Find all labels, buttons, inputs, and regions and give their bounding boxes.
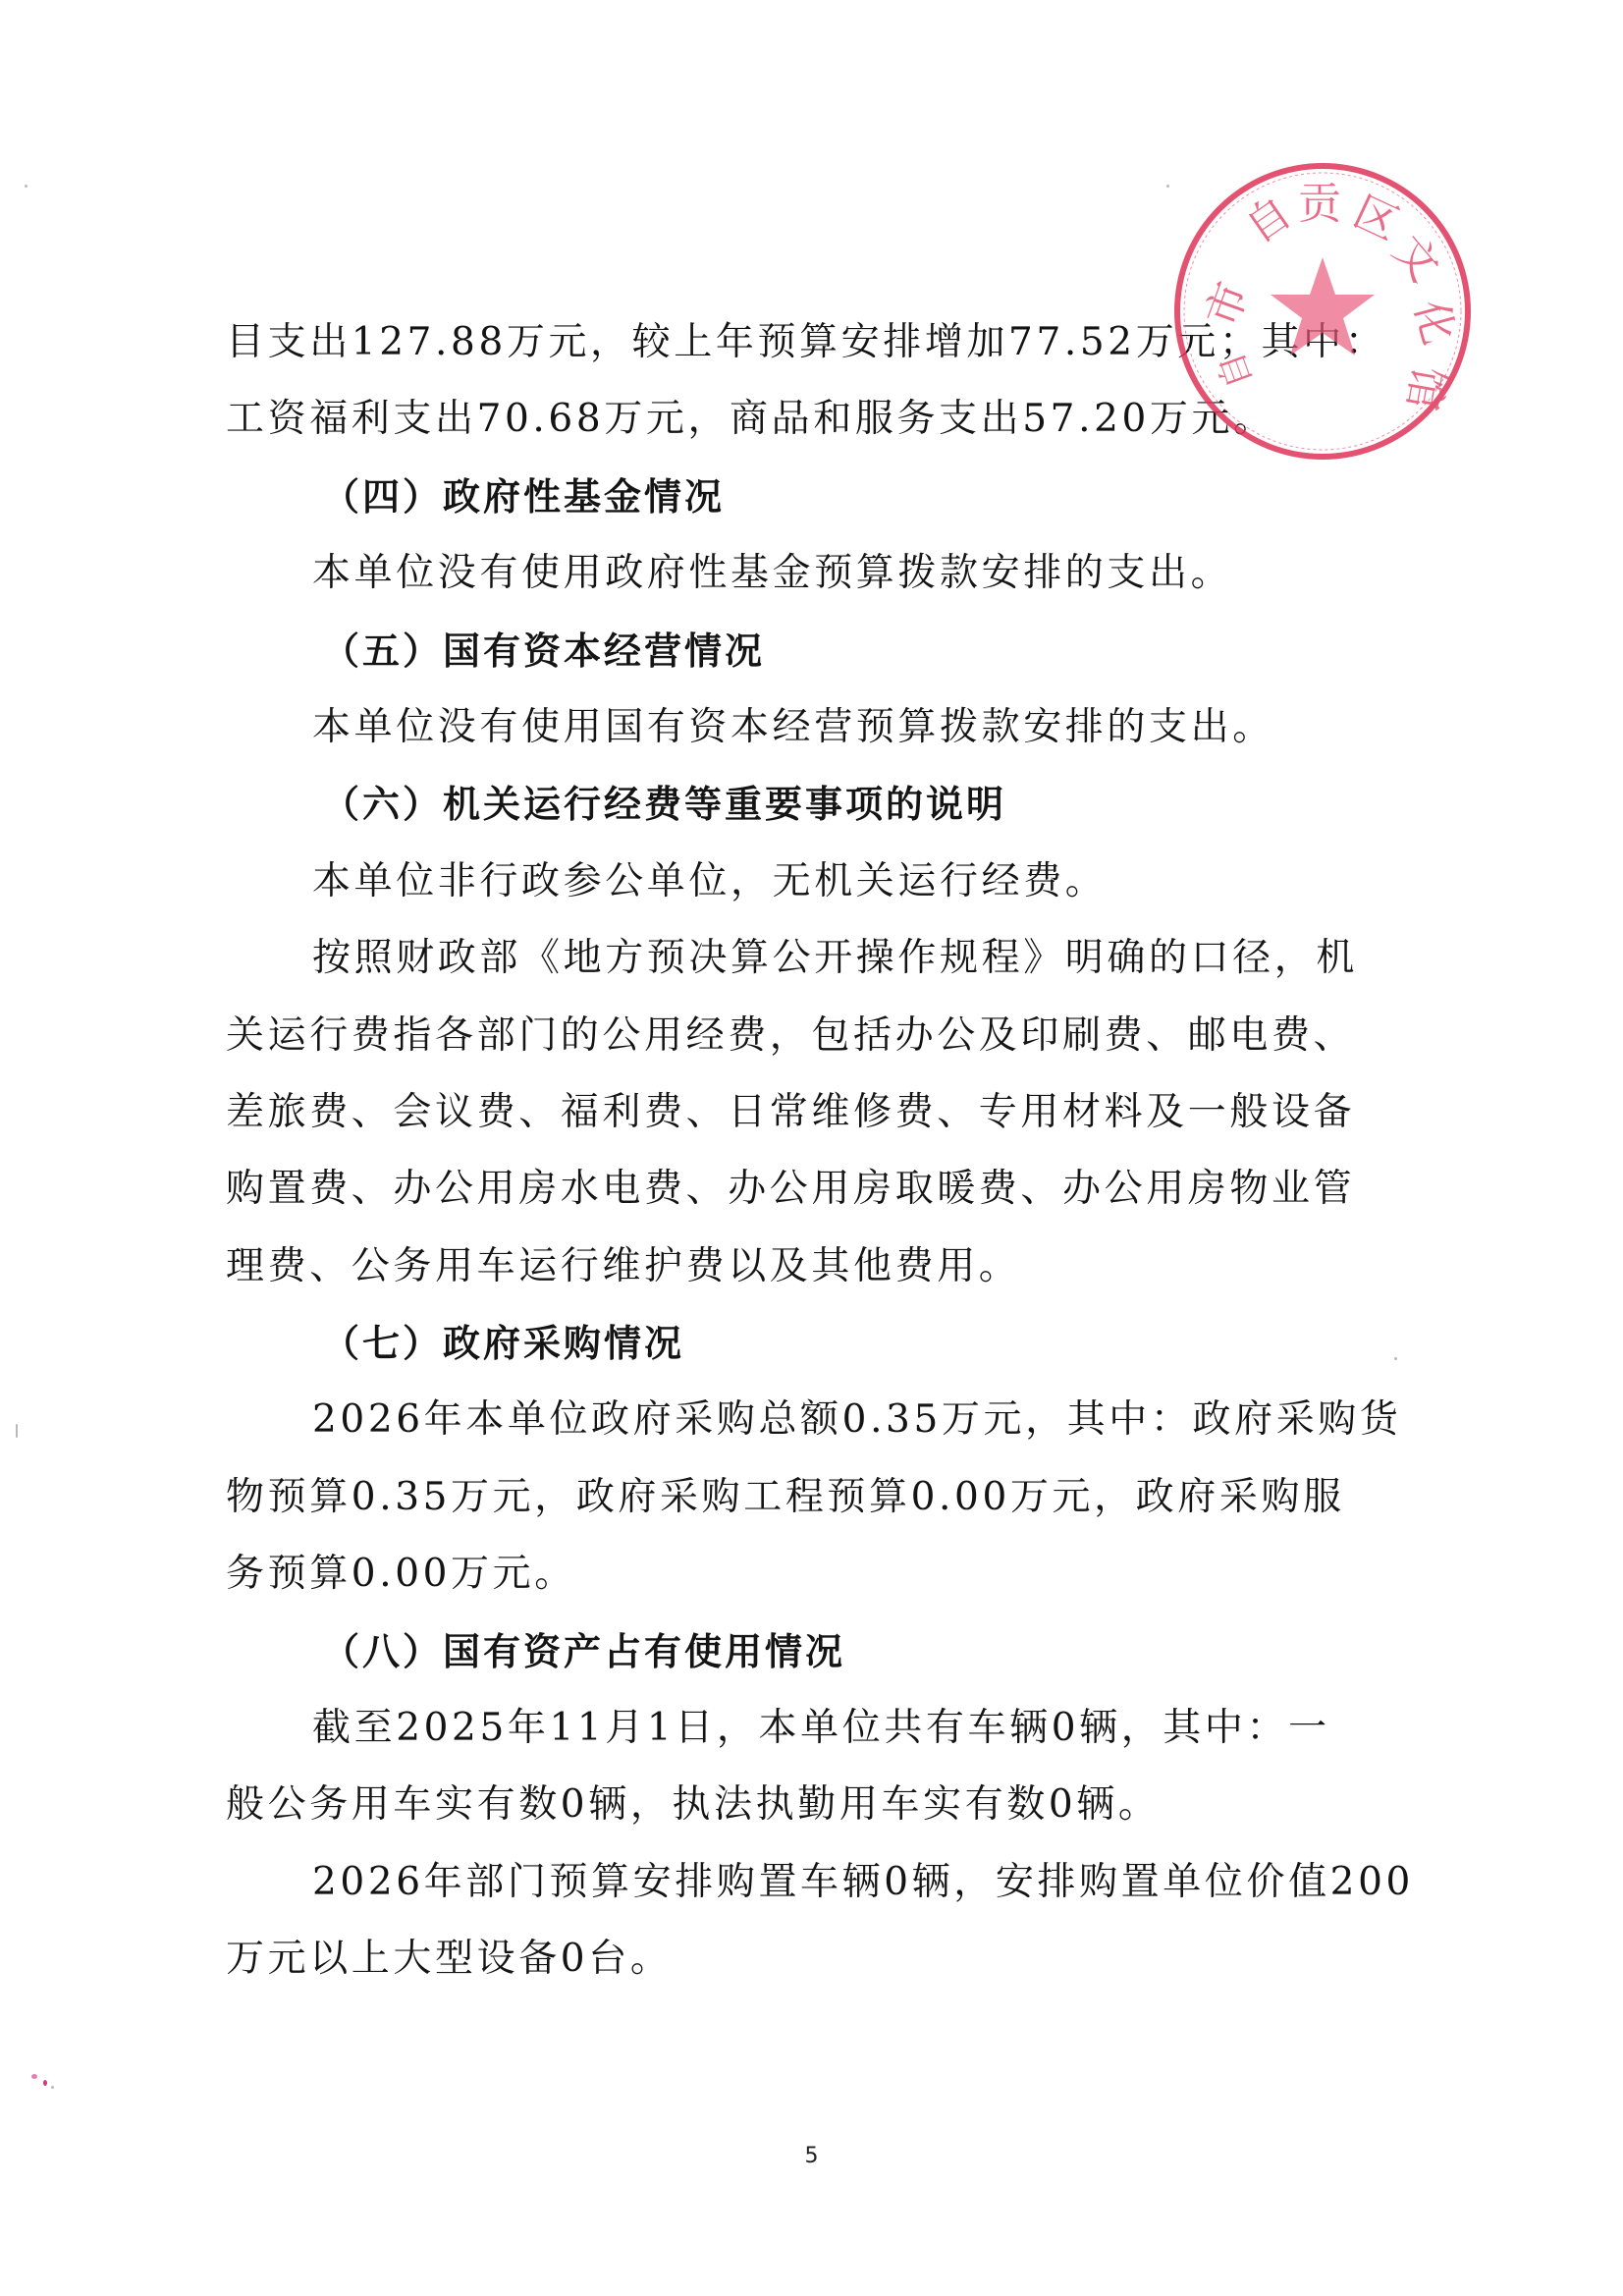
scan-speck — [25, 185, 27, 188]
section-heading-8: （八）国有资产占有使用情况 — [226, 1613, 1419, 1690]
scan-speck — [16, 1424, 18, 1438]
body-line: 关运行费指各部门的公用经费，包括办公及印刷费、邮电费、 — [226, 998, 1419, 1074]
scan-speck — [51, 2086, 54, 2089]
body-line: 物预算0.35万元，政府采购工程预算0.00万元，政府采购服 — [226, 1459, 1419, 1536]
body-line: 万元以上大型设备0台。 — [226, 1921, 1419, 1997]
body-line: 工资福利支出70.68万元，商品和服务支出57.20万元。 — [226, 381, 1419, 458]
body-line: 理费、公务用车运行维护费以及其他费用。 — [226, 1229, 1419, 1305]
scan-speck — [31, 2074, 37, 2079]
document-page: 目支出127.88万元，较上年预算安排增加77.52万元；其中： 工资福利支出7… — [0, 0, 1623, 2296]
body-line: 本单位非行政参公单位，无机关运行经费。 — [226, 844, 1419, 920]
section-heading-5: （五）国有资本经营情况 — [226, 613, 1419, 689]
svg-text:自: 自 — [1236, 188, 1300, 253]
section-heading-7: （七）政府采购情况 — [226, 1305, 1419, 1382]
scan-speck — [1166, 185, 1169, 188]
body-line: 般公务用车实有数0辆，执法执勤用车实有数0辆。 — [226, 1767, 1419, 1843]
svg-text:贡: 贡 — [1298, 179, 1344, 229]
body-line: 目支出127.88万元，较上年预算安排增加77.52万元；其中： — [226, 304, 1419, 381]
document-body: 目支出127.88万元，较上年预算安排增加77.52万元；其中： 工资福利支出7… — [226, 304, 1419, 1998]
section-heading-4: （四）政府性基金情况 — [226, 459, 1419, 535]
page-number: 5 — [0, 2144, 1623, 2168]
body-line: 本单位没有使用国有资本经营预算拨款安排的支出。 — [226, 689, 1419, 766]
body-line: 截至2025年11月1日，本单位共有车辆0辆，其中：一 — [226, 1690, 1419, 1767]
scan-speck — [1394, 1357, 1397, 1360]
body-line: 差旅费、会议费、福利费、日常维修费、专用材料及一般设备 — [226, 1074, 1419, 1151]
scan-speck — [43, 2080, 47, 2086]
svg-text:文: 文 — [1383, 226, 1449, 291]
section-heading-6: （六）机关运行经费等重要事项的说明 — [226, 766, 1419, 843]
body-line: 2026年部门预算安排购置车辆0辆，安排购置单位价值200 — [226, 1844, 1419, 1921]
body-line: 务预算0.00万元。 — [226, 1536, 1419, 1613]
body-line: 2026年本单位政府采购总额0.35万元，其中：政府采购货 — [226, 1382, 1419, 1458]
svg-text:区: 区 — [1346, 187, 1406, 250]
body-line: 购置费、办公用房水电费、办公用房取暖费、办公用房物业管 — [226, 1151, 1419, 1228]
body-line: 本单位没有使用政府性基金预算拨款安排的支出。 — [226, 535, 1419, 612]
body-line: 按照财政部《地方预决算公开操作规程》明确的口径，机 — [226, 920, 1419, 997]
